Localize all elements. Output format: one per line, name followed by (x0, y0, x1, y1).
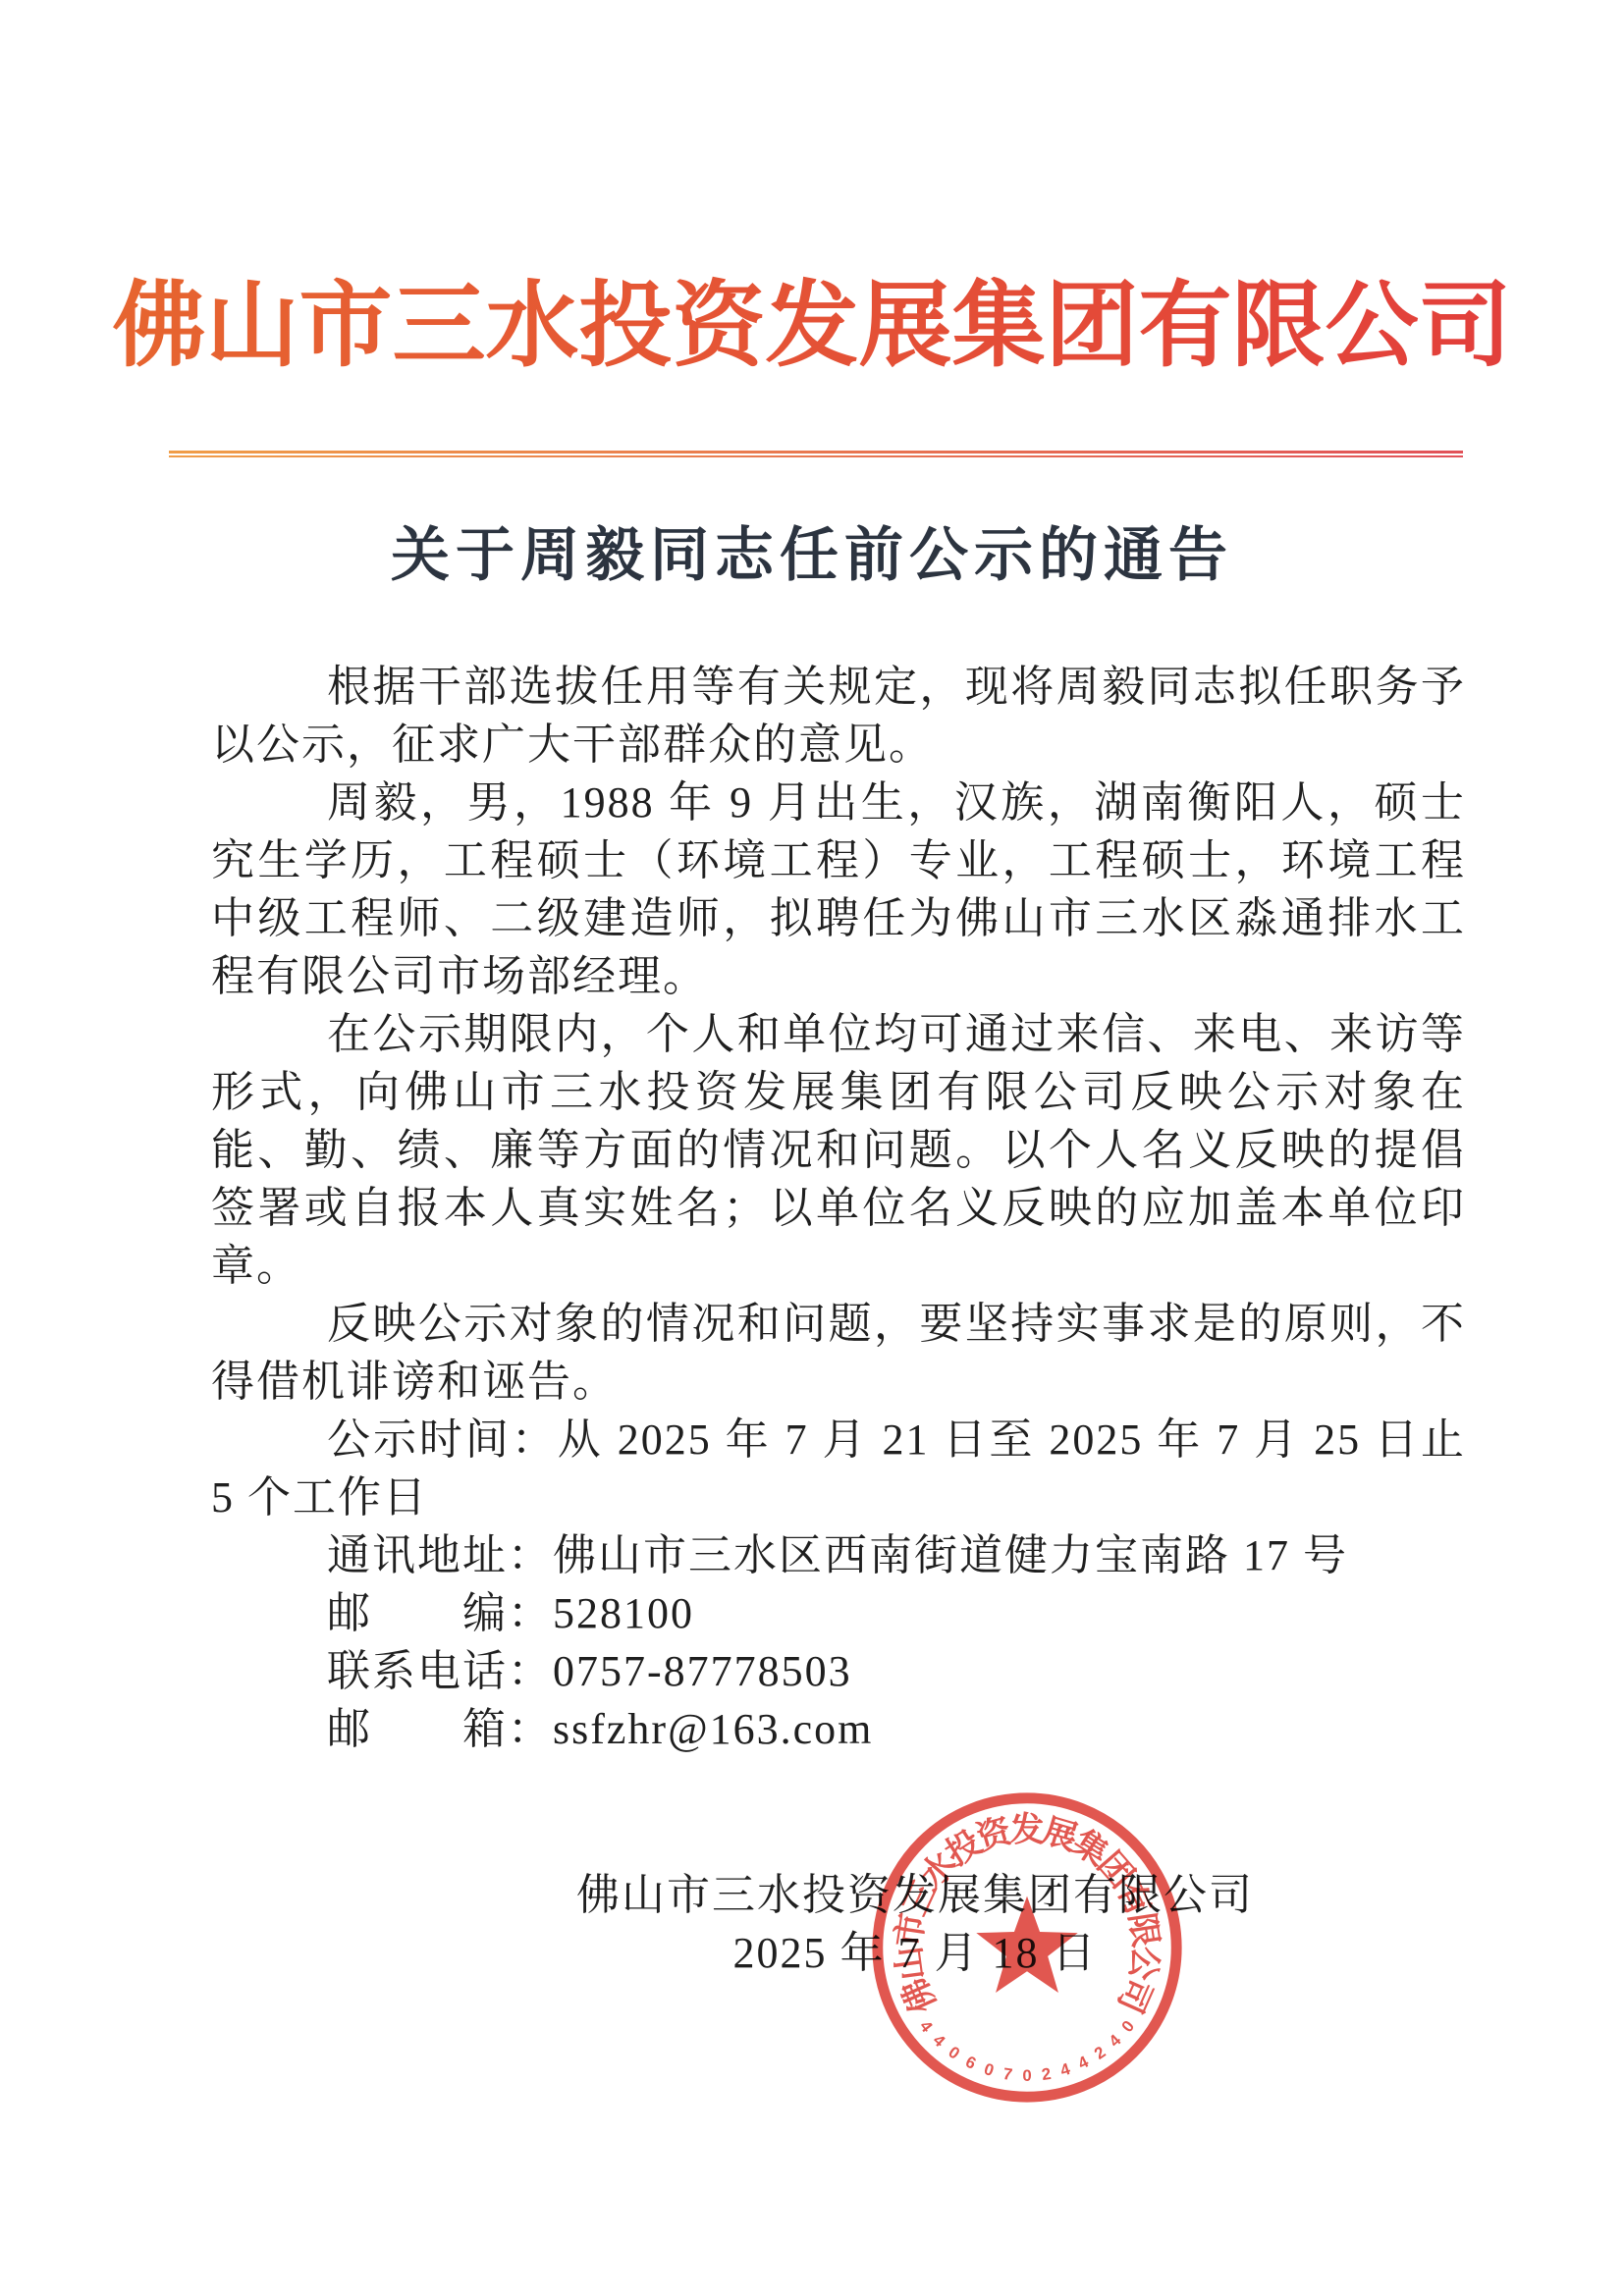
body-line: 以公示，征求广大干部群众的意见。 (211, 716, 1466, 774)
body-line: 究生学历，工程硕士（环境工程）专业，工程硕士，环境工程 (211, 831, 1466, 889)
seal-code-digit: 4 (930, 2031, 949, 2052)
document-page: 佛山市三水投资发展集团有限公司 关于周毅同志任前公示的通告 根据干部选拔任用等有… (0, 0, 1624, 2296)
notice-title: 关于周毅同志任前公示的通告 (0, 518, 1624, 593)
body-line: 邮 箱：ssfzhr@163.com (211, 1700, 1466, 1758)
seal-company-char: 发 (1010, 1811, 1045, 1848)
body-line: 根据干部选拔任用等有关规定，现将周毅同志拟任职务予 (211, 658, 1466, 716)
seal-code-digit: 6 (962, 2053, 979, 2073)
body-line: 中级工程师、二级建造师，拟聘任为佛山市三水区淼通排水工 (211, 889, 1466, 947)
body: 根据干部选拔任用等有关规定，现将周毅同志拟任职务予以公示，征求广大干部群众的意见… (211, 658, 1466, 1758)
body-line: 联系电话：0757-87778503 (211, 1642, 1466, 1700)
body-line: 在公示期限内，个人和单位均可通过来信、来电、来访等 (211, 1005, 1466, 1063)
signature-block: 佛山市三水投资发展集团有限公司 2025 年 7 月 18 日 (548, 1866, 1282, 1982)
seal-code-digit: 0 (982, 2059, 997, 2080)
seal-code-digit: 4 (916, 2017, 937, 2037)
seal-code-digit: 7 (1001, 2064, 1013, 2084)
body-line: 程有限公司市场部经理。 (211, 947, 1466, 1005)
seal-code-digit: 4 (1075, 2052, 1092, 2072)
body-line: 通讯地址：佛山市三水区西南街道健力宝南路 17 号 (211, 1526, 1466, 1584)
body-line: 能、勤、绩、廉等方面的情况和问题。以个人名义反映的提倡 (211, 1121, 1466, 1179)
body-line: 得借机诽谤和诬告。 (211, 1353, 1466, 1411)
seal-code-digit: 4 (1058, 2059, 1073, 2080)
seal-company-char: 展 (1039, 1812, 1082, 1857)
seal-code-digit: 0 (1117, 2017, 1138, 2036)
body-line: 签署或自报本人真实姓名；以单位名义反映的应加盖本单位印 (211, 1179, 1466, 1237)
body-line: 反映公示对象的情况和问题，要坚持实事求是的原则，不 (211, 1295, 1466, 1353)
seal-code-digit: 2 (1041, 2064, 1053, 2084)
body-line: 5 个工作日 (211, 1468, 1466, 1526)
body-line: 公示时间：从 2025 年 7 月 21 日至 2025 年 7 月 25 日止… (211, 1411, 1466, 1468)
seal-code-arc: 4406070244240 (916, 2017, 1138, 2085)
signature-company: 佛山市三水投资发展集团有限公司 (548, 1866, 1282, 1924)
seal-code-digit: 2 (1091, 2043, 1109, 2063)
body-line: 章。 (211, 1237, 1466, 1295)
seal-company-char: 资 (973, 1812, 1017, 1858)
seal-code-digit: 0 (1022, 2066, 1031, 2085)
seal-code-digit: 0 (946, 2043, 963, 2063)
body-line: 邮 编：528100 (211, 1584, 1466, 1642)
letterhead-company-name: 佛山市三水投资发展集团有限公司 (0, 261, 1624, 391)
seal-code-digit: 4 (1106, 2030, 1125, 2051)
body-line: 周毅，男，1988 年 9 月出生，汉族，湖南衡阳人，硕士研 (211, 774, 1466, 831)
body-line: 形式，向佛山市三水投资发展集团有限公司反映公示对象在德、 (211, 1063, 1466, 1121)
letterhead-divider-rule (169, 451, 1463, 457)
signature-date: 2025 年 7 月 18 日 (548, 1924, 1282, 1982)
